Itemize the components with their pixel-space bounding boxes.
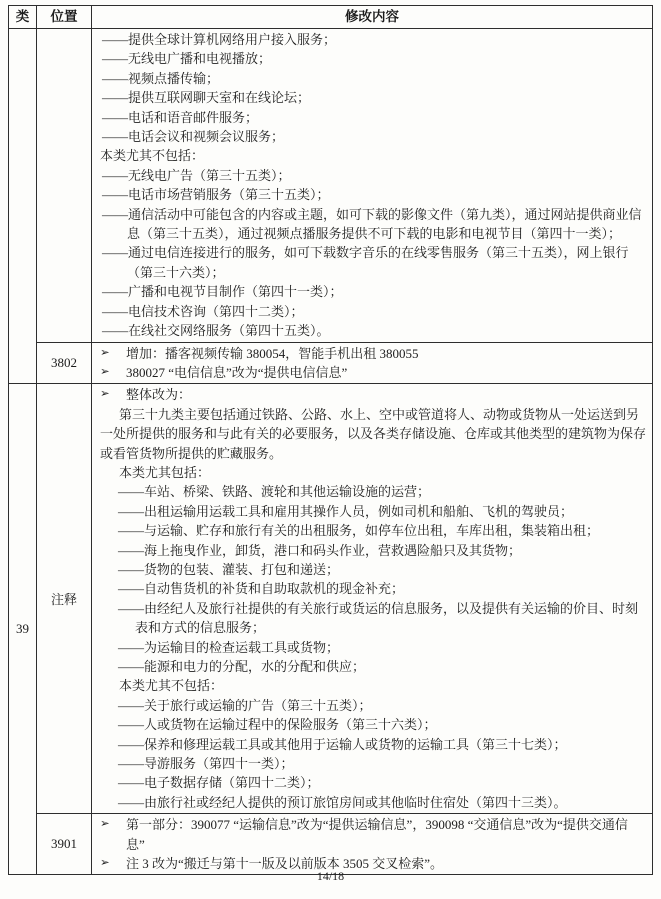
bullet-line: ➢第一部分：390077 “运输信息”改为“提供运输信息”，390098 “交通… [100, 815, 646, 854]
bullet-line: ➢整体改为： [100, 385, 646, 404]
content-line: ——电话会议和视频会议服务； [100, 127, 646, 146]
col-header-class: 类 [9, 6, 37, 29]
arrow-bullet-icon: ➢ [100, 344, 126, 363]
content-line: ——提供互联网聊天室和在线论坛； [100, 88, 646, 107]
document-page: 类 位置 修改内容 ——提供全球计算机网络用户接入服务；——无线电广播和电视播放… [0, 0, 661, 899]
content-cell: ——提供全球计算机网络用户接入服务；——无线电广播和电视播放；——视频点播传输；… [92, 29, 653, 343]
content-line: ——能源和电力的分配，水的分配和供应； [100, 657, 646, 676]
content-line: ——电信技术咨询（第四十二类）； [100, 302, 646, 321]
content-cell: ➢增加：播客视频传输 380054，智能手机出租 380055➢380027 “… [92, 342, 653, 384]
table-row: ——提供全球计算机网络用户接入服务；——无线电广播和电视播放；——视频点播传输；… [9, 29, 653, 343]
position-cell: 注释 [37, 384, 92, 814]
arrow-bullet-icon: ➢ [100, 363, 126, 382]
arrow-bullet-icon: ➢ [100, 815, 126, 854]
content-line: ——电话市场营销服务（第三十五类）； [100, 185, 646, 204]
content-line: ——导游服务（第四十一类）； [100, 754, 646, 773]
bullet-line: ➢增加：播客视频传输 380054，智能手机出租 380055 [100, 344, 646, 363]
position-cell [37, 29, 92, 343]
content-line: ——广播和电视节目制作（第四十一类）； [100, 282, 646, 301]
content-line: ——海上拖曳作业，卸货，港口和码头作业，营救遇险船只及其货物； [100, 541, 646, 560]
bullet-line: ➢380027 “电信信息”改为“提供电信信息” [100, 363, 646, 382]
position-cell: 3802 [37, 342, 92, 384]
content-line: ——由经纪人及旅行社提供的有关旅行或货运的信息服务，以及提供有关运输的价目、时刻… [100, 599, 646, 638]
content-line: ——货物的包装、灌装、打包和递送； [100, 560, 646, 579]
content-line: ——自动售货机的补货和自助取款机的现金补充； [100, 579, 646, 598]
table-body: ——提供全球计算机网络用户接入服务；——无线电广播和电视播放；——视频点播传输；… [9, 29, 653, 875]
content-line: ——电话和语音邮件服务； [100, 108, 646, 127]
content-line: ——通过电信连接进行的服务，如可下载数字音乐的在线零售服务（第三十五类），网上银… [100, 243, 646, 282]
header-row: 类 位置 修改内容 [9, 6, 653, 29]
content-line: 增加：播客视频传输 380054，智能手机出租 380055 [126, 344, 646, 363]
col-header-content: 修改内容 [92, 6, 653, 29]
content-line: 本类尤其包括： [100, 463, 646, 482]
class-cell: 39 [9, 384, 37, 875]
content-line: ——关于旅行或运输的广告（第三十五类）； [100, 696, 646, 715]
table-row: 3802➢增加：播客视频传输 380054，智能手机出租 380055➢3800… [9, 342, 653, 384]
revision-table: 类 位置 修改内容 ——提供全球计算机网络用户接入服务；——无线电广播和电视播放… [8, 5, 653, 875]
content-line: ——保养和修理运载工具或其他用于运输人或货物的运输工具（第三十七类）； [100, 735, 646, 754]
content-cell: ➢第一部分：390077 “运输信息”改为“提供运输信息”，390098 “交通… [92, 814, 653, 875]
content-line: ——与运输、贮存和旅行有关的出租服务，如停车位出租，车库出租，集装箱出租； [100, 521, 646, 540]
content-line: 第一部分：390077 “运输信息”改为“提供运输信息”，390098 “交通信… [126, 815, 646, 854]
arrow-bullet-icon: ➢ [100, 385, 126, 404]
content-line: 第三十九类主要包括通过铁路、公路、水上、空中或管道将人、动物或货物从一处运送到另… [100, 405, 646, 463]
content-line: 本类尤其不包括： [100, 146, 646, 165]
content-line: 380027 “电信信息”改为“提供电信信息” [126, 363, 646, 382]
content-line: ——在线社交网络服务（第四十五类）。 [100, 321, 646, 340]
col-header-position: 位置 [37, 6, 92, 29]
content-line: ——由旅行社或经纪人提供的预订旅馆房间或其他临时住宿处（第四十三类）。 [100, 793, 646, 812]
content-line: ——视频点播传输； [100, 69, 646, 88]
content-line: ——电子数据存储（第四十二类）； [100, 773, 646, 792]
position-cell: 3901 [37, 814, 92, 875]
content-line: 整体改为： [126, 385, 646, 404]
content-line: ——出租运输用运载工具和雇用其操作人员，例如司机和船舶、飞机的驾驶员； [100, 502, 646, 521]
content-line: 本类尤其不包括： [100, 676, 646, 695]
table-row: 3901➢第一部分：390077 “运输信息”改为“提供运输信息”，390098… [9, 814, 653, 875]
content-line: ——无线电广告（第三十五类）； [100, 166, 646, 185]
table-row: 39注释➢整体改为：第三十九类主要包括通过铁路、公路、水上、空中或管道将人、动物… [9, 384, 653, 814]
content-line: ——车站、桥梁、铁路、渡轮和其他运输设施的运营； [100, 482, 646, 501]
page-number: 14/18 [0, 869, 661, 884]
content-line: ——提供全球计算机网络用户接入服务； [100, 30, 646, 49]
content-line: ——通信活动中可能包含的内容或主题，如可下载的影像文件（第九类），通过网站提供商… [100, 205, 646, 244]
class-cell [9, 29, 37, 384]
content-line: ——无线电广播和电视播放； [100, 49, 646, 68]
content-line: ——人或货物在运输过程中的保险服务（第三十六类）； [100, 715, 646, 734]
content-line: ——为运输目的检查运载工具或货物； [100, 638, 646, 657]
content-cell: ➢整体改为：第三十九类主要包括通过铁路、公路、水上、空中或管道将人、动物或货物从… [92, 384, 653, 814]
